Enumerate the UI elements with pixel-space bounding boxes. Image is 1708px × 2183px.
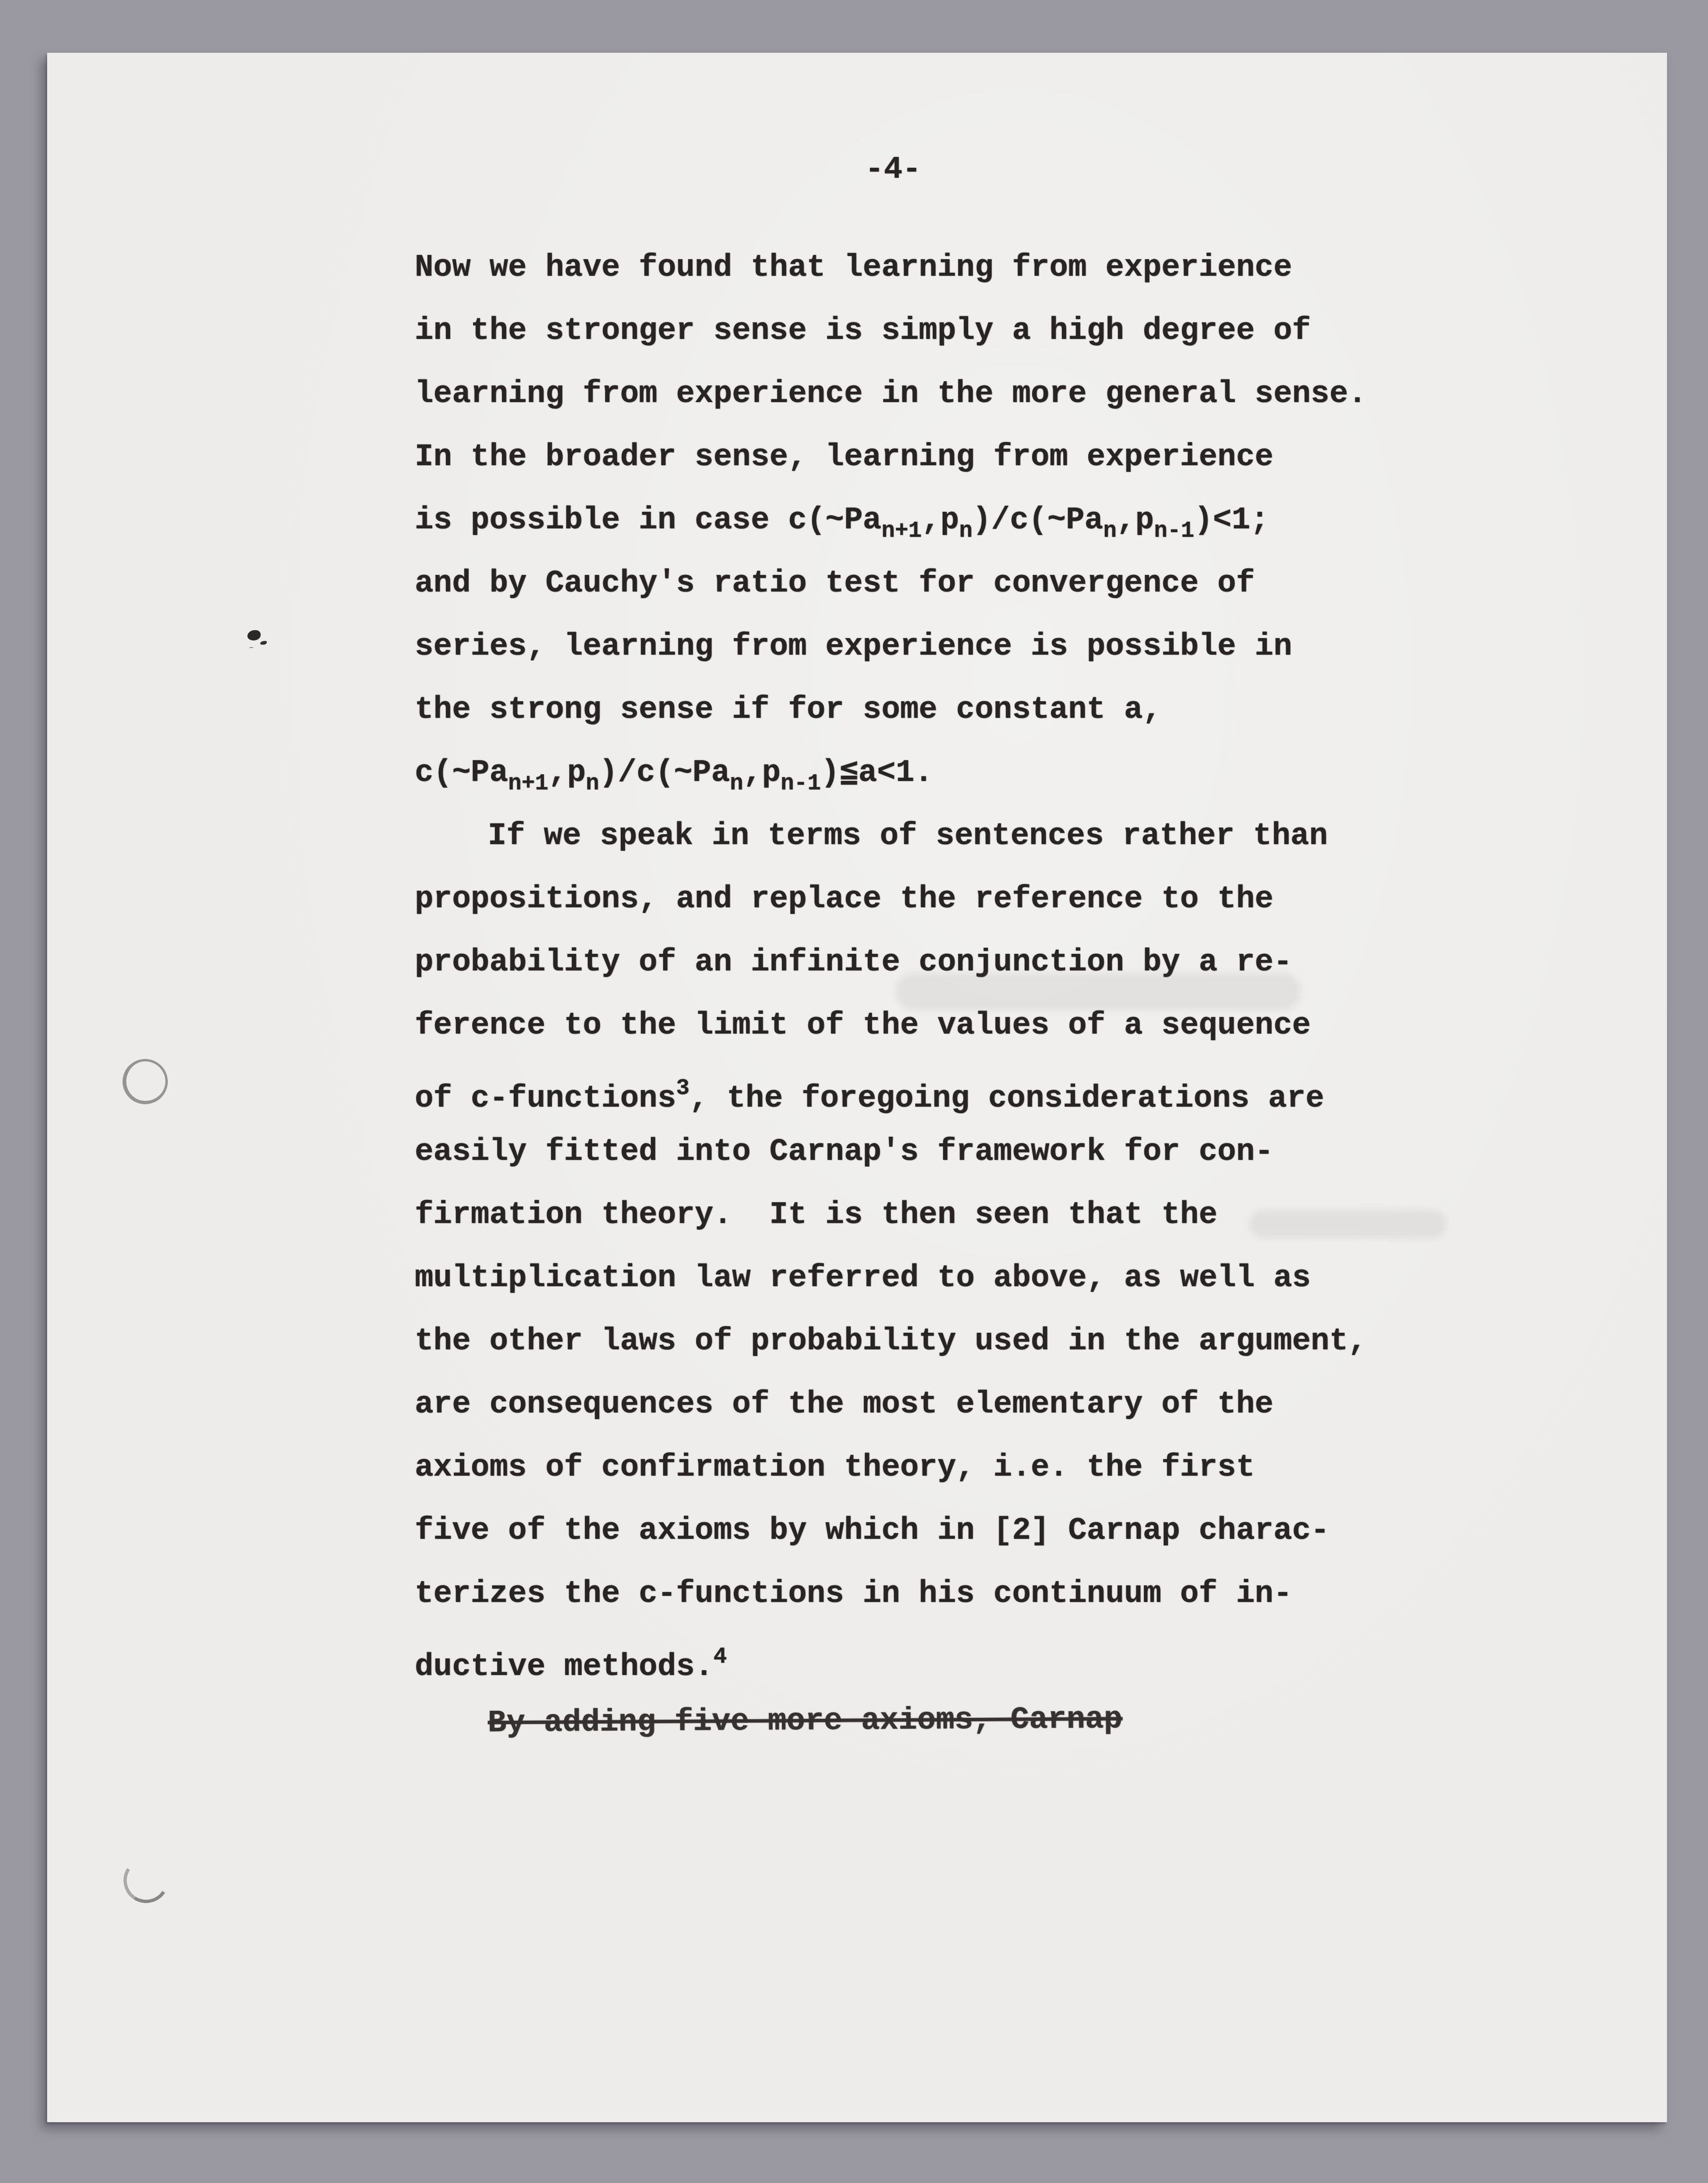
paper-sheet: -4- Now we have found that learning from… (47, 53, 1667, 2122)
text-segment: ,p (743, 755, 780, 790)
text-segment: in the stronger sense is simply a high d… (415, 313, 1311, 348)
text-segment: If we speak in terms of sentences rather… (488, 818, 1328, 854)
text-segment: axioms of confirmation theory, i.e. the … (415, 1450, 1255, 1485)
scanned-document-page: { "page": { "number_label": "-4-", "colo… (0, 0, 1708, 2183)
formula-subscript: n (1103, 518, 1117, 544)
text-segment: )≦a<1. (821, 755, 933, 790)
scan-background: -4- Now we have found that learning from… (0, 0, 1708, 2183)
text-segment: c(~Pa (415, 755, 508, 790)
text-segment: and by Cauchy's ratio test for convergen… (415, 566, 1255, 601)
punch-hole-crescent-icon (119, 1854, 173, 1907)
footnote-superscript: 4 (714, 1644, 727, 1670)
text-segment: the strong sense if for some constant a, (415, 692, 1161, 727)
text-segment: five of the axioms by which in [2] Carna… (415, 1513, 1330, 1548)
text-segment: learning from experience in the more gen… (415, 376, 1367, 411)
text-segment: )/c(~Pa (599, 755, 730, 790)
typed-line: propositions, and replace the reference … (415, 868, 1546, 931)
typed-line: five of the axioms by which in [2] Carna… (415, 1499, 1546, 1562)
typed-line: ductive methods.4 (415, 1625, 1546, 1689)
typed-line: Now we have found that learning from exp… (415, 236, 1546, 299)
typed-line: axioms of confirmation theory, i.e. the … (415, 1436, 1546, 1499)
text-segment: , the foregoing considerations are (690, 1081, 1324, 1116)
typed-line: in the stronger sense is simply a high d… (415, 299, 1546, 362)
text-segment: is possible in case c(~Pa (415, 502, 881, 538)
text-segment: are consequences of the most elementary … (415, 1387, 1273, 1422)
typed-line: of c-functions3, the foregoing considera… (415, 1057, 1546, 1120)
text-segment: )<1; (1194, 502, 1269, 538)
typed-line: the strong sense if for some constant a, (415, 678, 1546, 741)
formula-subscript: n (730, 771, 744, 796)
footnote-superscript: 3 (676, 1076, 690, 1101)
text-segment: firmation theory. It is then seen that t… (415, 1197, 1217, 1232)
typed-line: and by Cauchy's ratio test for convergen… (415, 552, 1546, 615)
text-segment: )/c(~Pa (972, 502, 1103, 538)
text-segment: terizes the c-functions in his continuum… (415, 1576, 1292, 1611)
formula-subscript: n+1 (881, 518, 922, 544)
typed-line: multiplication law referred to above, as… (415, 1247, 1546, 1310)
ghost-smudge (1249, 1210, 1447, 1238)
typed-line: is possible in case c(~Pan+1,pn)/c(~Pan,… (415, 489, 1546, 552)
typed-line: easily fitted into Carnap's framework fo… (415, 1120, 1546, 1183)
typed-line: the other laws of probability used in th… (415, 1310, 1546, 1373)
punch-hole-ring-icon (123, 1059, 168, 1104)
text-segment: easily fitted into Carnap's framework fo… (415, 1134, 1273, 1169)
text-segment: ,p (1117, 502, 1154, 538)
text-segment: of c-functions (415, 1081, 676, 1116)
formula-subscript: n+1 (508, 771, 549, 796)
typed-line: If we speak in terms of sentences rather… (415, 804, 1546, 868)
text-segment: propositions, and replace the reference … (415, 881, 1273, 917)
text-segment: ,p (922, 502, 959, 538)
text-segment: ductive methods. (415, 1649, 714, 1684)
typed-line: terizes the c-functions in his continuum… (415, 1562, 1546, 1625)
typed-line-struck: By adding five more axioms, Carnap (415, 1685, 1546, 1756)
ghost-smudge (895, 973, 1301, 1010)
formula-subscript: n (959, 518, 973, 544)
text-segment: ,p (549, 755, 586, 790)
typed-line: are consequences of the most elementary … (415, 1373, 1546, 1436)
formula-subscript: n (586, 771, 599, 796)
formula-subscript: n-1 (780, 771, 821, 796)
page-number: -4- (822, 138, 964, 201)
text-segment: Now we have found that learning from exp… (415, 250, 1292, 285)
text-segment: multiplication law referred to above, as… (415, 1260, 1311, 1296)
text-segment: series, learning from experience is poss… (415, 629, 1292, 664)
formula-subscript: n-1 (1154, 518, 1194, 544)
typed-line: c(~Pan+1,pn)/c(~Pan,pn-1)≦a<1. (415, 741, 1546, 804)
typed-line: In the broader sense, learning from expe… (415, 426, 1546, 489)
text-segment: By adding five more axioms, Carnap (488, 1701, 1123, 1740)
text-segment: ference to the limit of the values of a … (415, 1008, 1311, 1043)
typed-line: series, learning from experience is poss… (415, 615, 1546, 678)
typed-line: learning from experience in the more gen… (415, 362, 1546, 426)
text-segment: the other laws of probability used in th… (415, 1323, 1367, 1359)
ink-speck-icon (247, 630, 261, 640)
text-segment: In the broader sense, learning from expe… (415, 439, 1273, 475)
